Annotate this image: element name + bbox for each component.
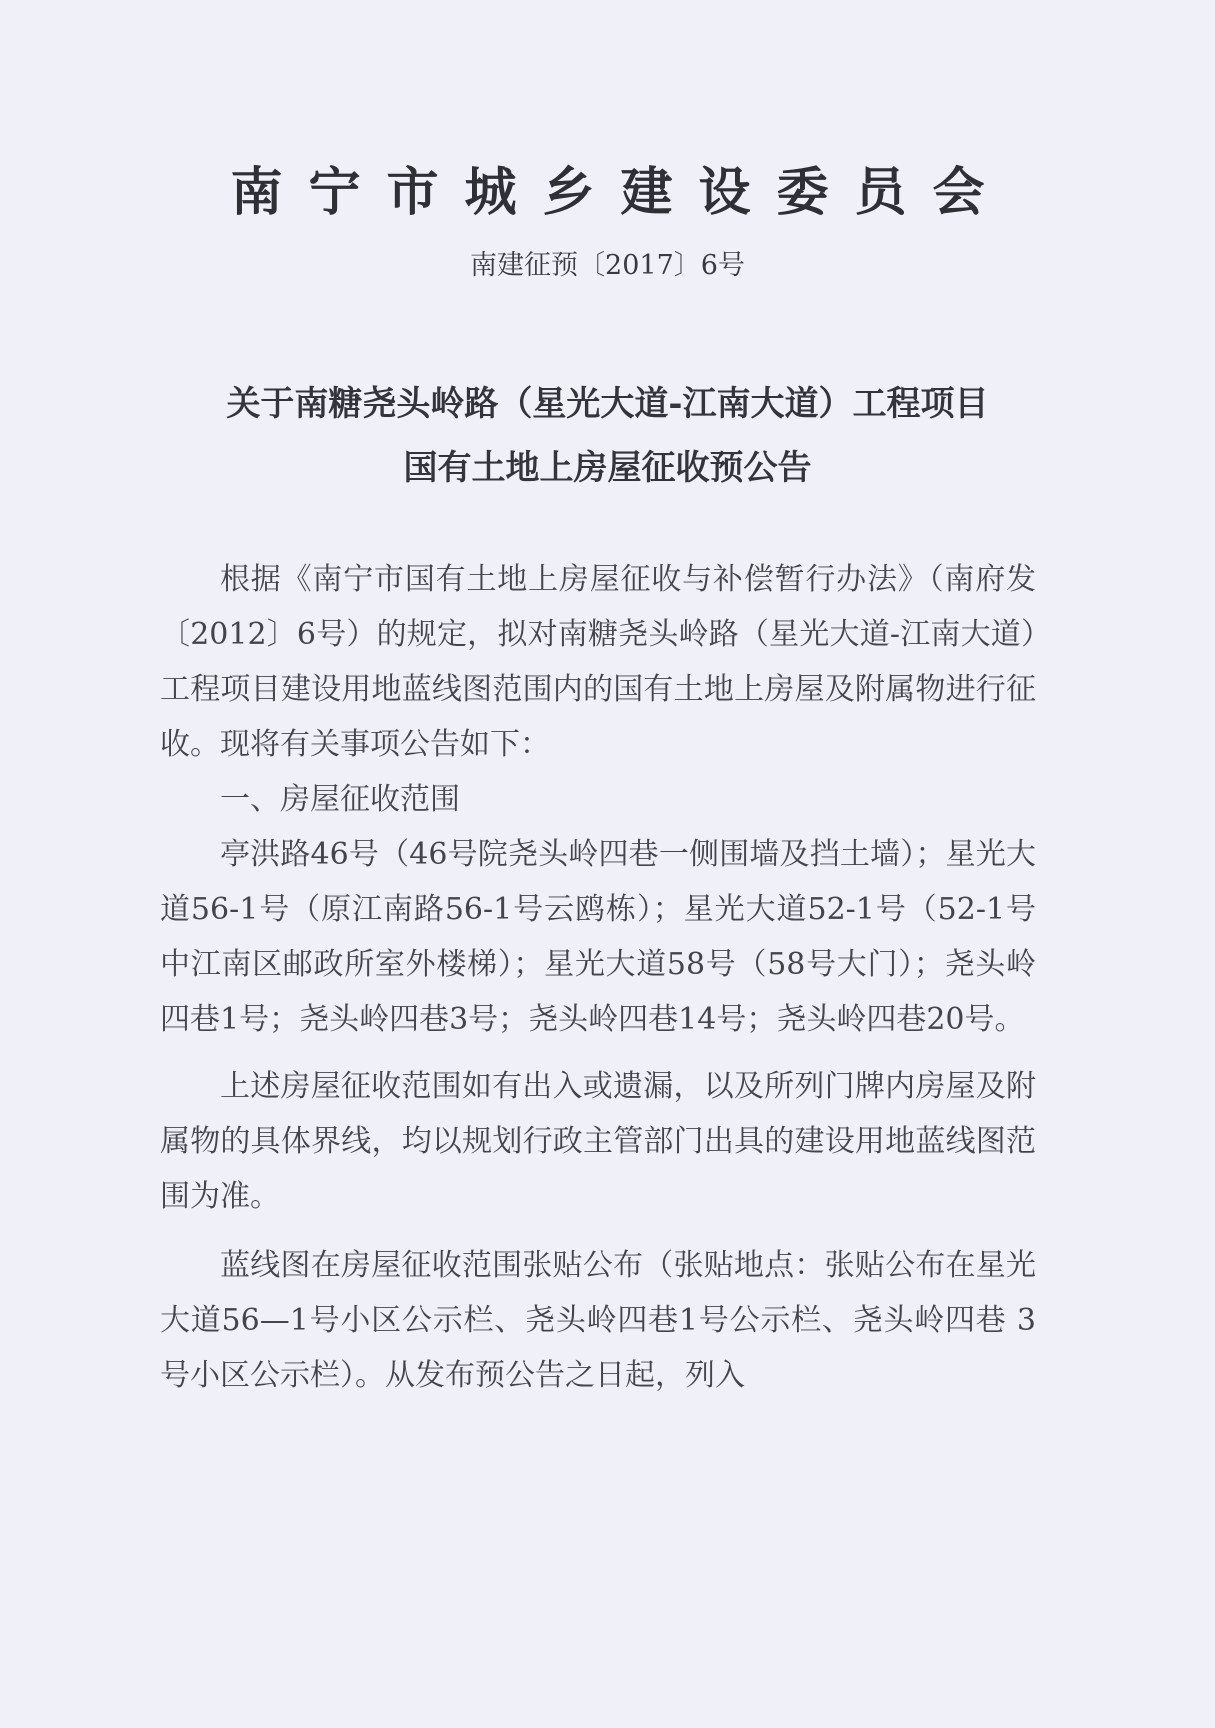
paragraph-posting-locations: 蓝线图在房屋征收范围张贴公布（张贴地点：张贴公布在星光大道56—1号小区公示栏、…	[160, 1238, 1036, 1403]
organization-title: 南宁市城乡建设委员会	[0, 158, 1215, 228]
notice-title: 关于南糖尧头岭路（星光大道-江南大道）工程项目 国有土地上房屋征收预公告	[0, 372, 1215, 500]
paragraph-legal-basis: 根据《南宁市国有土地上房屋征收与补偿暂行办法》（南府发〔2012〕6号）的规定，…	[160, 552, 1036, 772]
paragraph-boundary-note: 上述房屋征收范围如有出入或遗漏，以及所列门牌内房屋及附属物的具体界线，均以规划行…	[160, 1059, 1036, 1224]
document-number: 南建征预〔2017〕6号	[0, 246, 1215, 286]
notice-body: 根据《南宁市国有土地上房屋征收与补偿暂行办法》（南府发〔2012〕6号）的规定，…	[160, 552, 1036, 1403]
notice-title-line-1: 关于南糖尧头岭路（星光大道-江南大道）工程项目	[0, 372, 1215, 436]
notice-title-line-2: 国有土地上房屋征收预公告	[0, 436, 1215, 500]
paragraph-scope-addresses: 亭洪路46号（46号院尧头岭四巷一侧围墙及挡土墙）；星光大道56-1号（原江南路…	[160, 827, 1036, 1047]
document-page: 南宁市城乡建设委员会 南建征预〔2017〕6号 关于南糖尧头岭路（星光大道-江南…	[0, 0, 1215, 1728]
section-heading-scope: 一、房屋征收范围	[160, 772, 1036, 827]
